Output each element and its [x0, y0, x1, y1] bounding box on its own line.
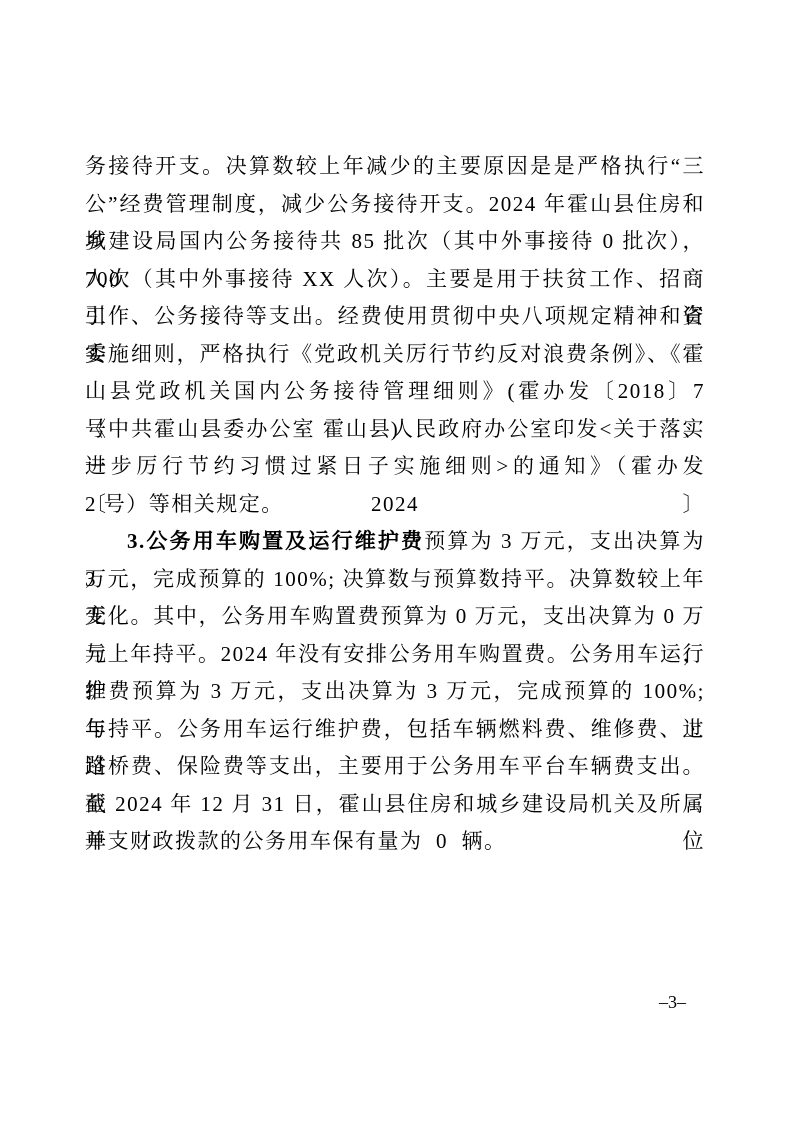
text-line: 一步厉行节约习惯过紧日子实施细则>的通知》（霍办发〔2024〕 [85, 448, 705, 486]
text-line: 过桥费、保险费等支出，主要用于公务用车平台车辆费支出。截 [85, 748, 705, 786]
text-line: 《中共霍山县委办公室 霍山县人民政府办公室印发<关于落实进 [85, 411, 705, 449]
text-line: 至 2024 年 12 月 31 日，霍山县住房和城乡建设局机关及所属单位 [85, 786, 705, 824]
body-text: 开支财政拨款的公务用车保有量为 0 辆。 [85, 829, 507, 853]
text-line: 年持平。公务用车运行维护费，包括车辆燃料费、维修费、过路 [85, 711, 705, 749]
body-text: 实施细则，严格执行《党政机关厉行节约反对浪费条例》、《霍 [85, 342, 705, 366]
text-line: 乡建设局国内公务接待共 85 批次（其中外事接待 0 批次），700 [85, 223, 705, 261]
text-line: 工作、公务接待等支出。经费使用贯彻中央八项规定精神和省委 [85, 298, 705, 336]
text-line: 变化。其中，公务用车购置费预算为 0 万元，支出决算为 0 万元， [85, 598, 705, 636]
body-text: 2 号）等相关规定。 [85, 492, 284, 516]
text-line: 3.公务用车购置及运行维护费预算为 3 万元，支出决算为 3 [85, 523, 705, 561]
text-line: 务接待开支。决算数较上年减少的主要原因是是严格执行“三 [85, 148, 705, 186]
text-line: 公”经费管理制度，减少公务接待开支。2024 年霍山县住房和城 [85, 186, 705, 224]
text-line: 万元，完成预算的 100%; 决算数与预算数持平。决算数较上年无 [85, 561, 705, 599]
bold-heading-text: 3.公务用车购置及运行维护费 [127, 529, 424, 553]
text-line: 实施细则，严格执行《党政机关厉行节约反对浪费条例》、《霍 [85, 336, 705, 374]
text-line: 与上年持平。2024 年没有安排公务用车购置费。公务用车运行维 [85, 636, 705, 674]
document-body: 务接待开支。决算数较上年减少的主要原因是是严格执行“三公”经费管理制度，减少公务… [85, 148, 705, 861]
body-text: 务接待开支。决算数较上年减少的主要原因是是严格执行“三 [85, 154, 705, 178]
text-line: 护费预算为 3 万元，支出决算为 3 万元，完成预算的 100%; 与上 [85, 673, 705, 711]
text-line: 山县党政机关国内公务接待管理细则》(霍办发〔2018〕7 号)、 [85, 373, 705, 411]
text-line: 人次（其中外事接待 XX 人次）。主要是用于扶贫工作、招商引资 [85, 261, 705, 299]
document-page: 务接待开支。决算数较上年减少的主要原因是是严格执行“三公”经费管理制度，减少公务… [0, 0, 793, 1122]
page-number: –3– [659, 992, 686, 1013]
